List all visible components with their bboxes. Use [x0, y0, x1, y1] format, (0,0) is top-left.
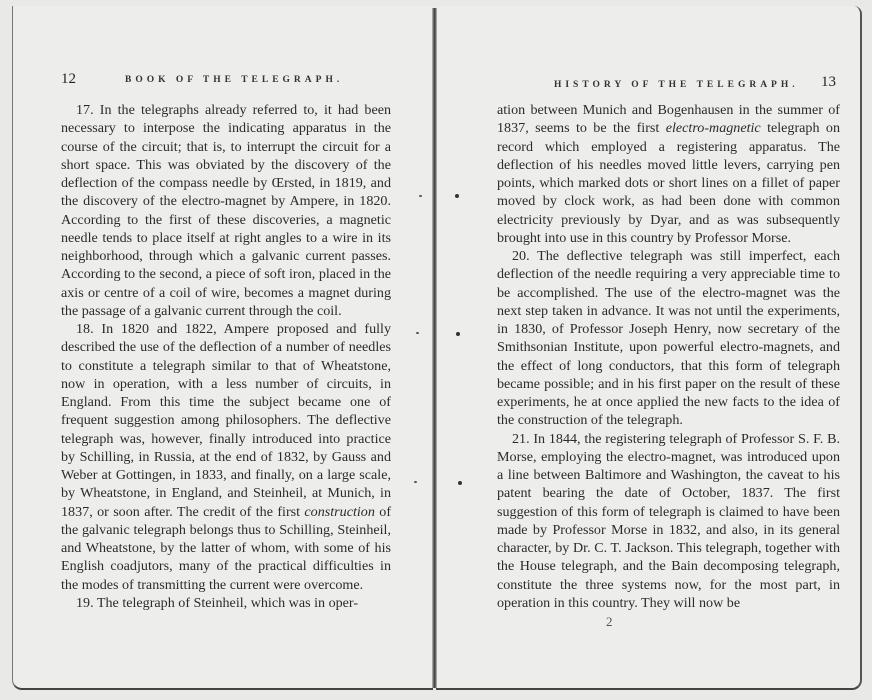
paragraph-20: 20. The deflective telegraph was still i…	[497, 247, 840, 430]
book-gutter	[432, 8, 437, 688]
right-page-body: ation between Munich and Bogenhausen in …	[497, 101, 840, 612]
running-head: BOOK OF THE TELEGRAPH.	[125, 75, 343, 85]
book-spread: 12 BOOK OF THE TELEGRAPH. 17. In the tel…	[0, 0, 872, 700]
right-page: HISTORY OF THE TELEGRAPH. 13 ation betwe…	[436, 6, 862, 690]
emphasis-construction: construction	[304, 504, 374, 520]
binding-hole-mark	[416, 332, 419, 334]
paragraph-21: 21. In 1844, the registering telegraph o…	[497, 430, 840, 613]
paragraph-19: 19. The telegraph of Steinheil, which wa…	[61, 594, 391, 612]
page-number: 13	[821, 74, 836, 90]
binding-hole-mark	[456, 332, 460, 336]
paragraph-18: 18. In 1820 and 1822, Ampere proposed an…	[61, 320, 391, 594]
running-head: HISTORY OF THE TELEGRAPH.	[554, 80, 799, 90]
right-page-header: HISTORY OF THE TELEGRAPH. 13	[496, 75, 836, 91]
binding-hole-mark	[414, 481, 417, 483]
signature-mark: 2	[606, 614, 613, 630]
binding-hole-mark	[419, 195, 422, 197]
emphasis-electro-magnetic: electro-magnetic	[666, 120, 761, 136]
binding-hole-mark	[458, 481, 462, 485]
binding-hole-mark	[455, 194, 459, 198]
paragraph-17: 17. In the telegraphs already referred t…	[61, 101, 391, 320]
paragraph-19-continued: ation between Munich and Bogenhausen in …	[497, 101, 840, 247]
left-page-body: 17. In the telegraphs already referred t…	[61, 101, 391, 612]
left-page-header: 12 BOOK OF THE TELEGRAPH.	[61, 75, 391, 91]
left-page: 12 BOOK OF THE TELEGRAPH. 17. In the tel…	[12, 6, 433, 690]
page-number: 12	[61, 71, 76, 88]
